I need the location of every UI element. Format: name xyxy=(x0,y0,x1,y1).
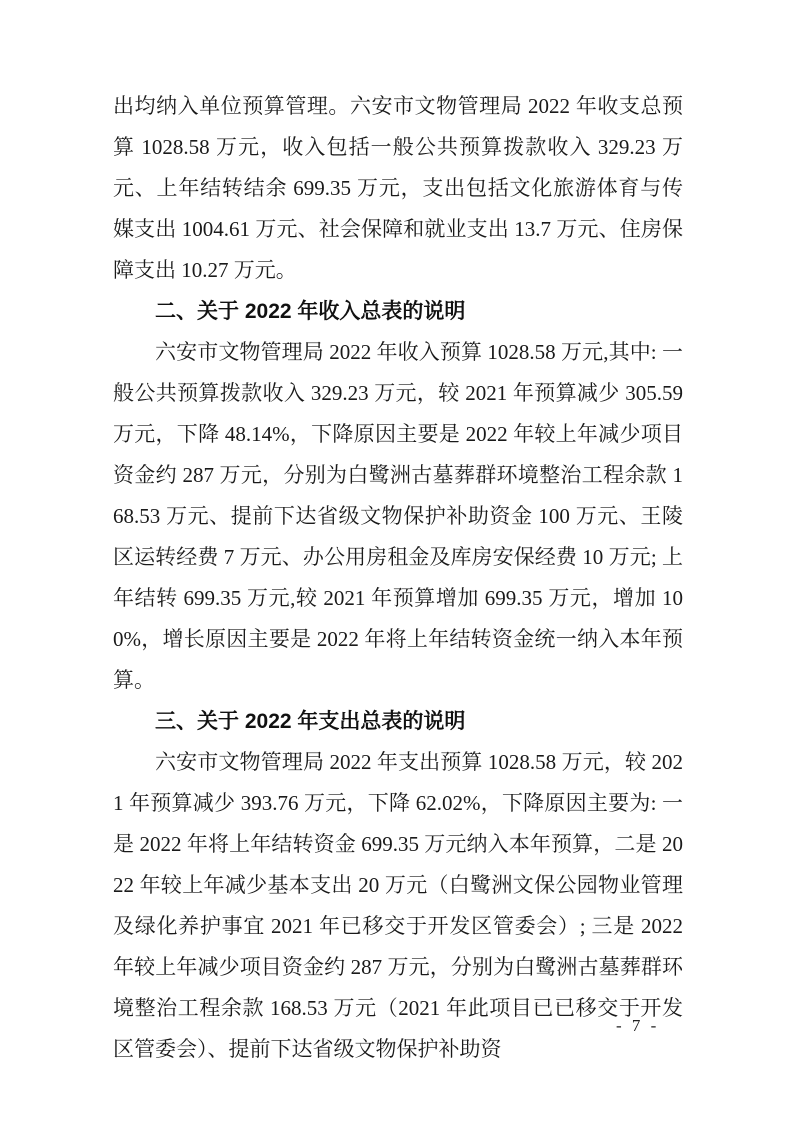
document-page: 出均纳入单位预算管理。六安市文物管理局 2022 年收支总预算 1028.58 … xyxy=(0,0,793,1122)
page-number: - 7 - xyxy=(616,1016,686,1036)
heading-income-table-note: 二、关于 2022 年收入总表的说明 xyxy=(113,291,683,332)
paragraph-income-table-explanation: 六安市文物管理局 2022 年收入预算 1028.58 万元,其中: 一般公共预… xyxy=(113,332,683,701)
paragraph-expenditure-table-explanation: 六安市文物管理局 2022 年支出预算 1028.58 万元，较 2021 年预… xyxy=(113,742,683,1070)
document-body: 出均纳入单位预算管理。六安市文物管理局 2022 年收支总预算 1028.58 … xyxy=(113,86,683,1070)
heading-expenditure-table-note: 三、关于 2022 年支出总表的说明 xyxy=(113,701,683,742)
paragraph-budget-overview: 出均纳入单位预算管理。六安市文物管理局 2022 年收支总预算 1028.58 … xyxy=(113,86,683,291)
